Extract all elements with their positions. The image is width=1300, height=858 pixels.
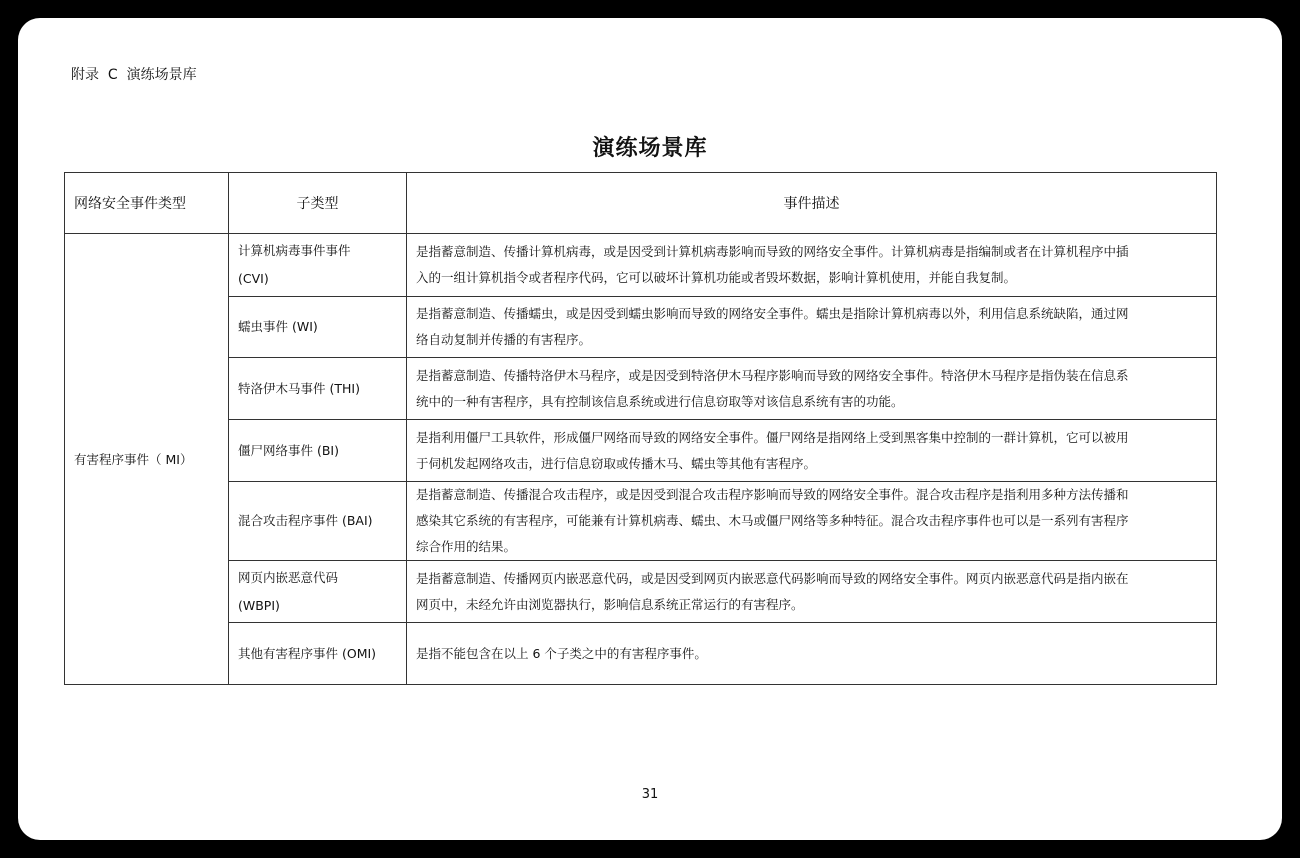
table-row: 混合攻击程序事件 (BAI) 是指蓄意制造、传播混合攻击程序，或是因受到混合攻击… [65, 482, 1217, 561]
description-text: 是指蓄意制造、传播混合攻击程序，或是因受到混合攻击程序影响而导致的网络安全事件。… [416, 482, 1136, 560]
subtype-label: 僵尸网络事件 (BI) [238, 437, 397, 465]
subtype-cell: 蠕虫事件 (WI) [229, 297, 407, 358]
description-cell: 是指蓄意制造、传播特洛伊木马程序，或是因受到特洛伊木马程序影响而导致的网络安全事… [407, 358, 1217, 420]
document-page: 附录 C 演练场景库 演练场景库 网络安全事件类型 子类型 事件描述 有害程序事… [18, 18, 1282, 840]
subtype-label: 网页内嵌恶意代码 [238, 564, 397, 592]
description-text: 是指不能包含在以上 6 个子类之中的有害程序事件。 [416, 641, 1136, 667]
page-title: 演练场景库 [18, 131, 1282, 162]
description-cell: 是指不能包含在以上 6 个子类之中的有害程序事件。 [407, 623, 1217, 685]
subtype-cell: 混合攻击程序事件 (BAI) [229, 482, 407, 561]
table-row: 僵尸网络事件 (BI) 是指利用僵尸工具软件，形成僵尸网络而导致的网络安全事件。… [65, 420, 1217, 482]
table-row: 蠕虫事件 (WI) 是指蓄意制造、传播蠕虫，或是因受到蠕虫影响而导致的网络安全事… [65, 297, 1217, 358]
table-row: 有害程序事件（ MI） 计算机病毒事件事件 (CVI) 是指蓄意制造、传播计算机… [65, 234, 1217, 297]
description-text: 是指蓄意制造、传播特洛伊木马程序，或是因受到特洛伊木马程序影响而导致的网络安全事… [416, 363, 1136, 415]
subtype-cell: 僵尸网络事件 (BI) [229, 420, 407, 482]
subtype-label: 其他有害程序事件 (OMI) [238, 640, 397, 668]
table-row: 网页内嵌恶意代码 (WBPI) 是指蓄意制造、传播网页内嵌恶意代码，或是因受到网… [65, 561, 1217, 623]
description-text: 是指蓄意制造、传播蠕虫，或是因受到蠕虫影响而导致的网络安全事件。蠕虫是指除计算机… [416, 301, 1136, 353]
subtype-cell: 计算机病毒事件事件 (CVI) [229, 234, 407, 297]
table-header-row: 网络安全事件类型 子类型 事件描述 [65, 173, 1217, 234]
subtype-code: (CVI) [238, 265, 397, 293]
description-cell: 是指蓄意制造、传播计算机病毒，或是因受到计算机病毒影响而导致的网络安全事件。计算… [407, 234, 1217, 297]
page-number: 31 [18, 787, 1282, 802]
description-cell: 是指蓄意制造、传播混合攻击程序，或是因受到混合攻击程序影响而导致的网络安全事件。… [407, 482, 1217, 561]
subtype-label: 蠕虫事件 (WI) [238, 313, 397, 341]
subtype-code: (WBPI) [238, 592, 397, 620]
category-cell: 有害程序事件（ MI） [65, 234, 229, 685]
subtype-label: 特洛伊木马事件 (THI) [238, 375, 397, 403]
column-header-description: 事件描述 [407, 173, 1217, 234]
description-text: 是指利用僵尸工具软件，形成僵尸网络而导致的网络安全事件。僵尸网络是指网络上受到黑… [416, 425, 1136, 477]
description-text: 是指蓄意制造、传播网页内嵌恶意代码，或是因受到网页内嵌恶意代码影响而导致的网络安… [416, 566, 1136, 618]
description-cell: 是指蓄意制造、传播蠕虫，或是因受到蠕虫影响而导致的网络安全事件。蠕虫是指除计算机… [407, 297, 1217, 358]
running-header: 附录 C 演练场景库 [71, 64, 197, 84]
table-row: 特洛伊木马事件 (THI) 是指蓄意制造、传播特洛伊木马程序，或是因受到特洛伊木… [65, 358, 1217, 420]
description-cell: 是指利用僵尸工具软件，形成僵尸网络而导致的网络安全事件。僵尸网络是指网络上受到黑… [407, 420, 1217, 482]
description-text: 是指蓄意制造、传播计算机病毒，或是因受到计算机病毒影响而导致的网络安全事件。计算… [416, 239, 1136, 291]
subtype-cell: 特洛伊木马事件 (THI) [229, 358, 407, 420]
scenario-table: 网络安全事件类型 子类型 事件描述 有害程序事件（ MI） 计算机病毒事件事件 … [64, 172, 1217, 685]
column-header-subtype: 子类型 [229, 173, 407, 234]
column-header-type: 网络安全事件类型 [65, 173, 229, 234]
subtype-cell: 其他有害程序事件 (OMI) [229, 623, 407, 685]
subtype-label: 混合攻击程序事件 (BAI) [238, 507, 397, 535]
subtype-cell: 网页内嵌恶意代码 (WBPI) [229, 561, 407, 623]
subtype-label: 计算机病毒事件事件 [238, 237, 397, 265]
description-cell: 是指蓄意制造、传播网页内嵌恶意代码，或是因受到网页内嵌恶意代码影响而导致的网络安… [407, 561, 1217, 623]
table-row: 其他有害程序事件 (OMI) 是指不能包含在以上 6 个子类之中的有害程序事件。 [65, 623, 1217, 685]
